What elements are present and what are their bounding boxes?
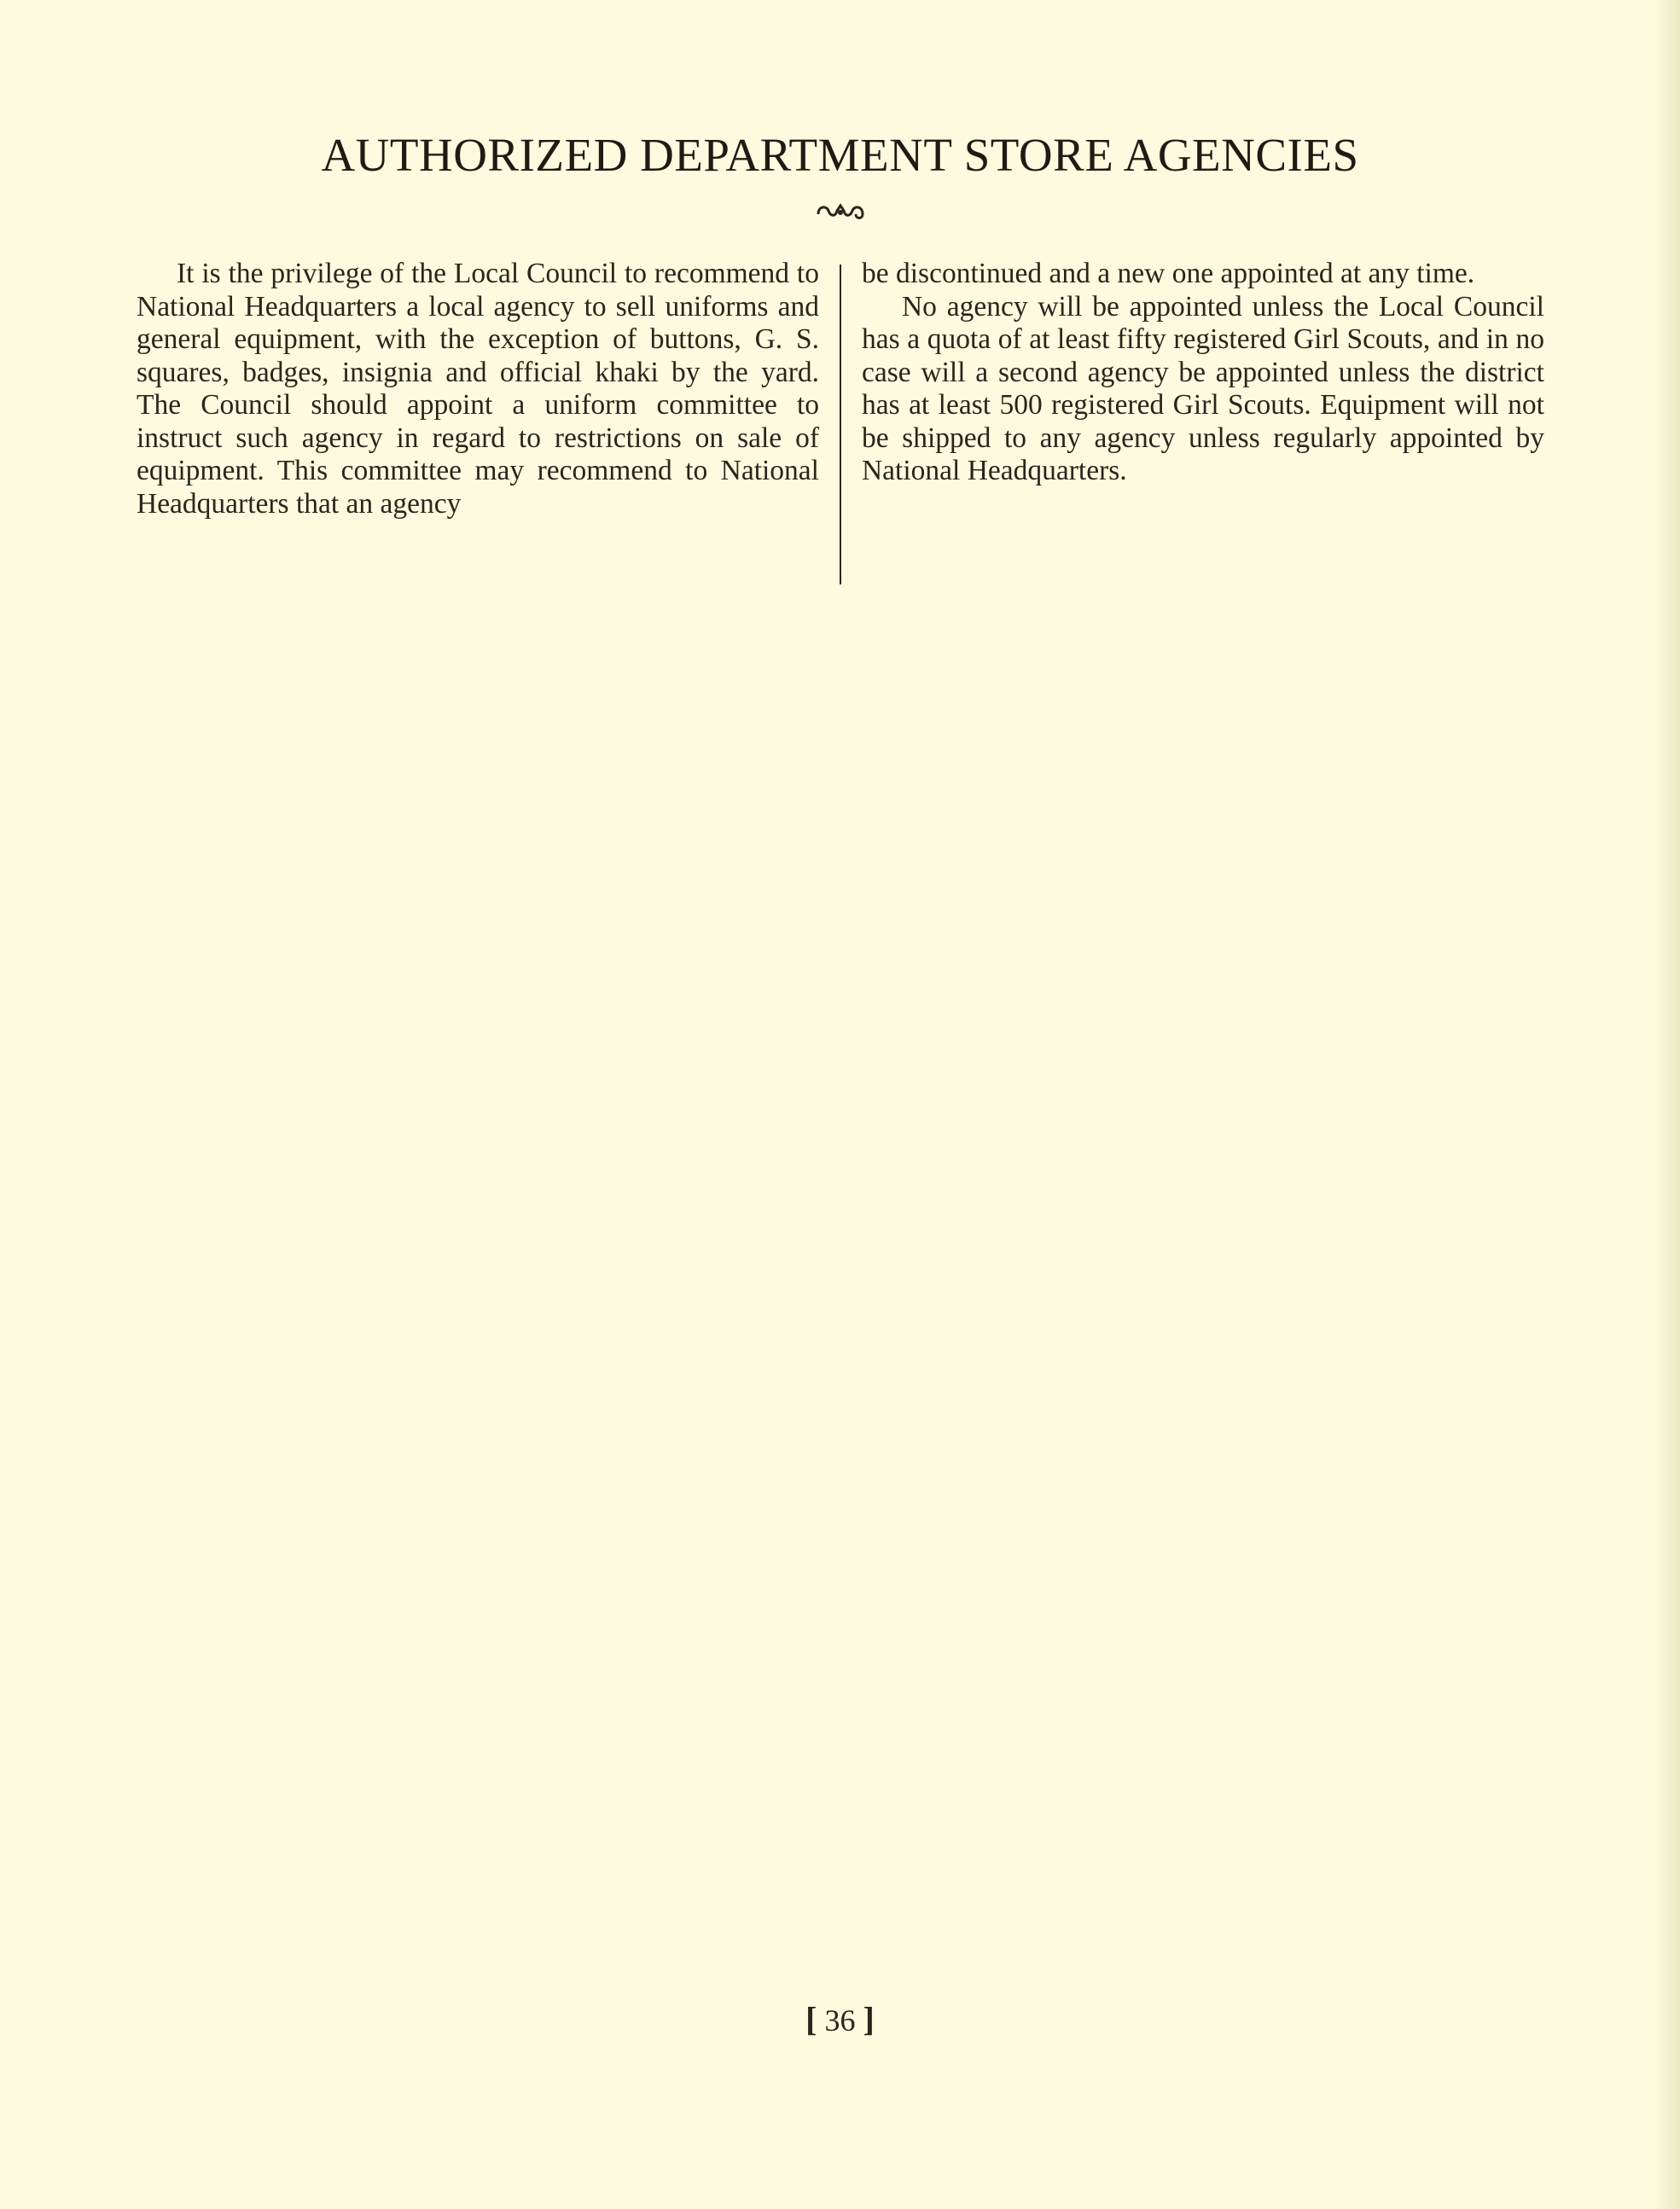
page-number: [ 36 ]: [0, 1999, 1680, 2039]
paragraph: No agency will be appointed unless the L…: [862, 291, 1544, 488]
paragraph: It is the privilege of the Local Council…: [137, 258, 819, 520]
two-column-body: It is the privilege of the Local Council…: [137, 258, 1544, 584]
page-title: AUTHORIZED DEPARTMENT STORE AGENCIES: [0, 128, 1680, 182]
decorative-flourish-icon: [815, 201, 866, 224]
bracket-open: [: [805, 2000, 817, 2038]
bracket-close: ]: [863, 2000, 875, 2038]
page-number-value: 36: [825, 2003, 856, 2038]
page-edge-shadow: [1654, 0, 1680, 2209]
left-column: It is the privilege of the Local Council…: [137, 258, 840, 584]
paragraph-continued: be discontinued and a new one appointed …: [862, 258, 1544, 291]
right-column: be discontinued and a new one appointed …: [841, 258, 1544, 584]
